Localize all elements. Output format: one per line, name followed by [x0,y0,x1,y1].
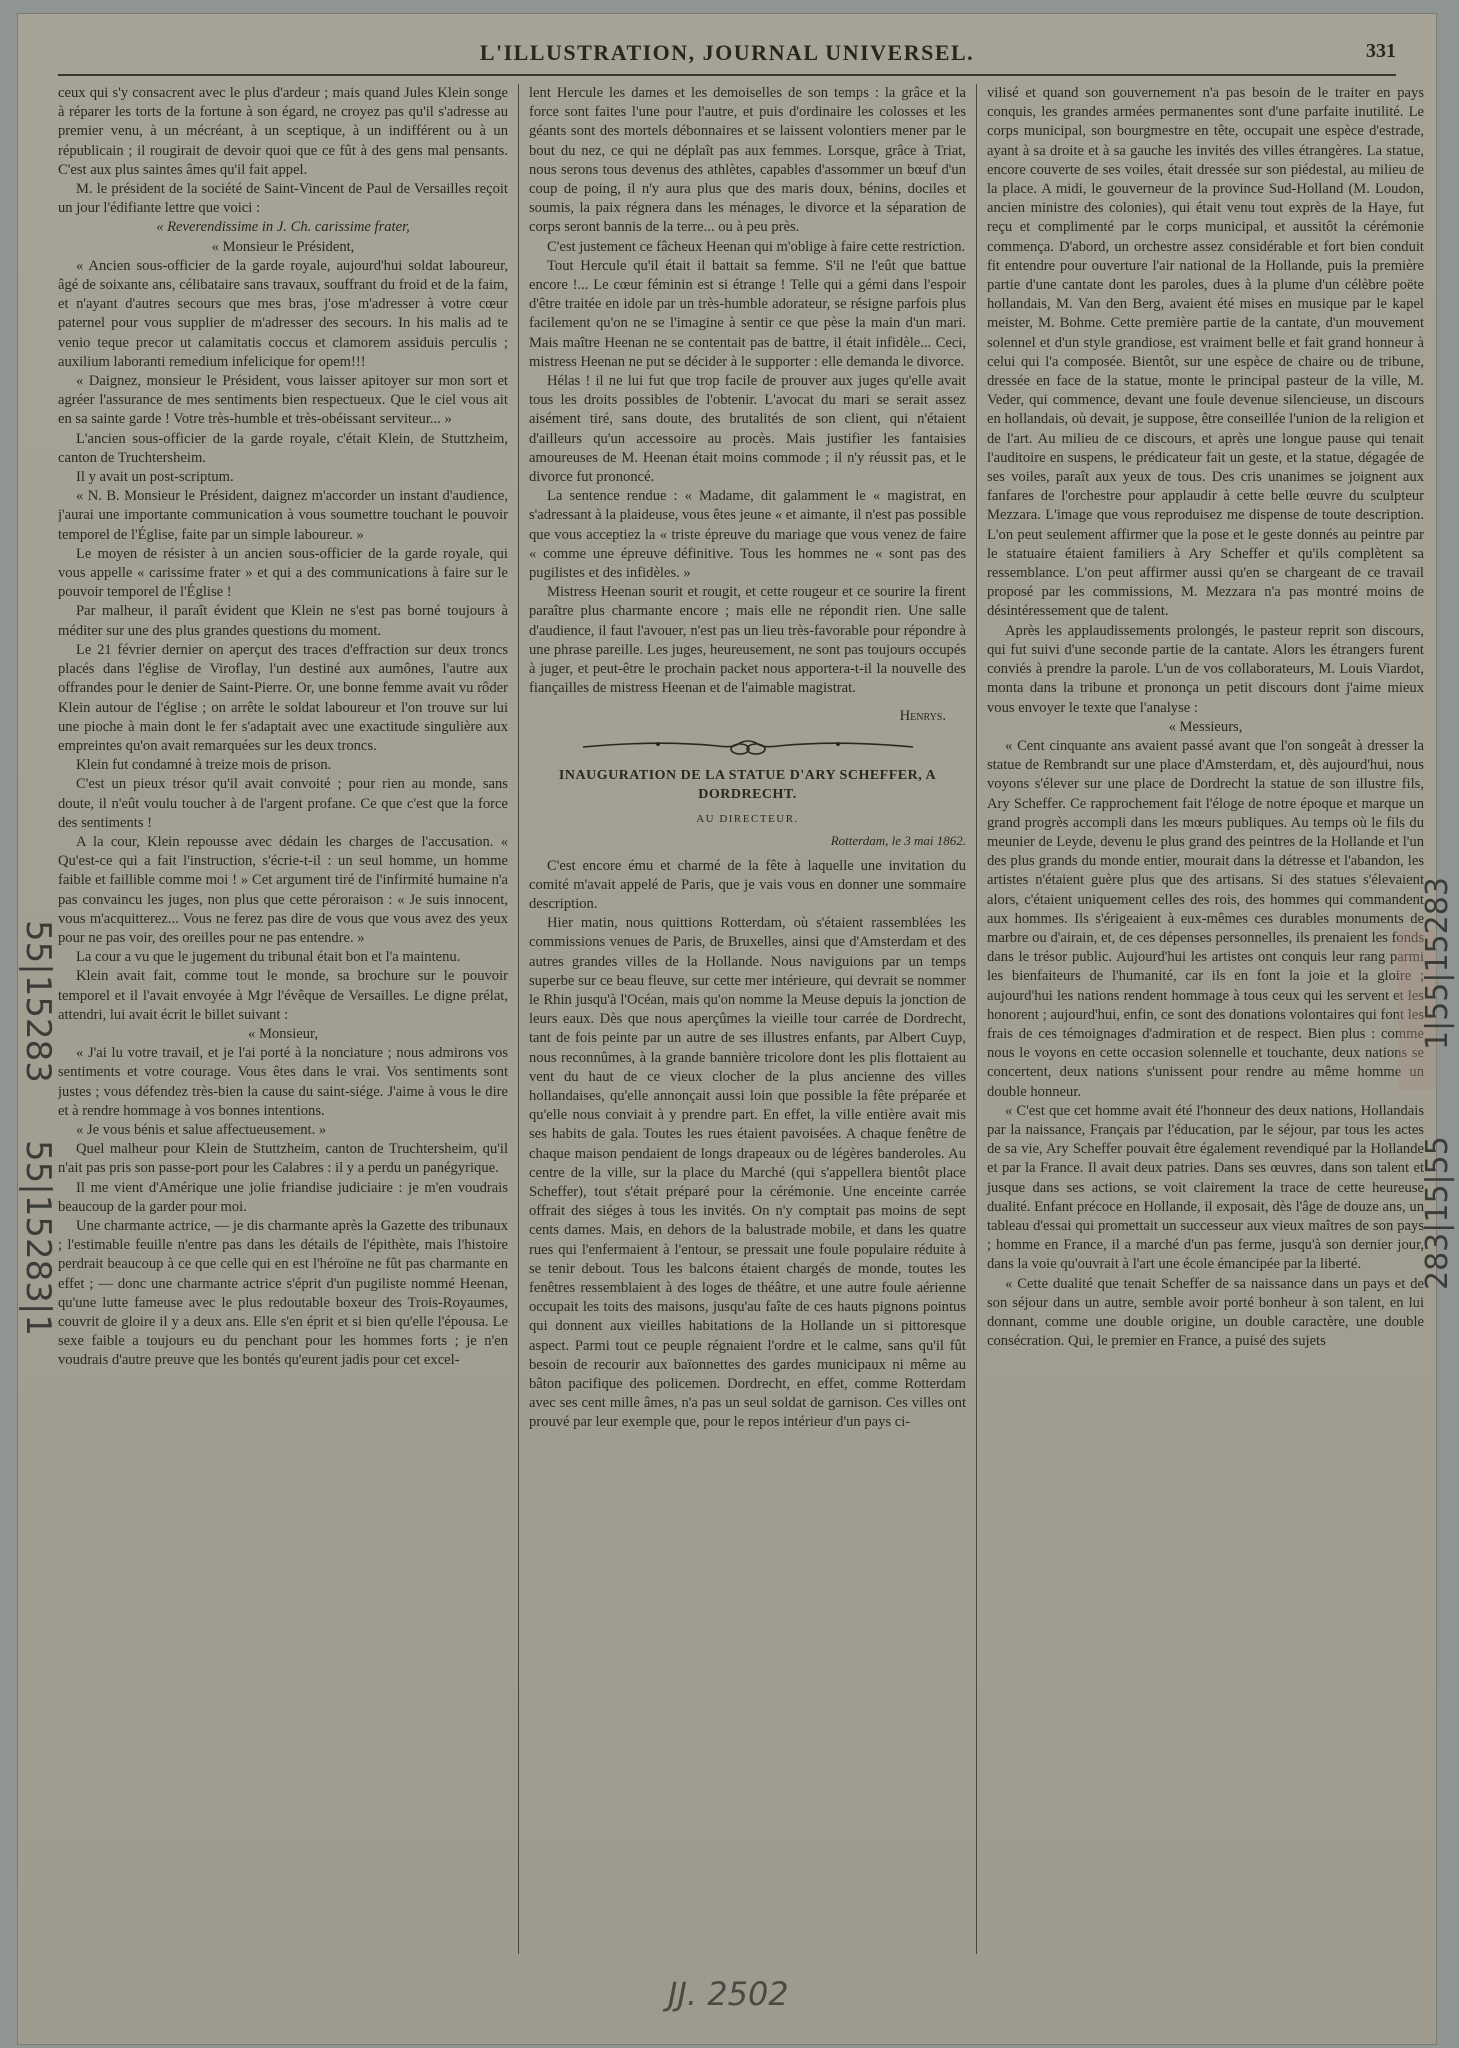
paragraph: L'ancien sous-officier de la garde royal… [58,430,508,468]
paragraph: « N. B. Monsieur le Président, daignez m… [58,487,508,545]
page-header: L'ILLUSTRATION, JOURNAL UNIVERSEL. 331 [58,34,1396,76]
paragraph: « J'ai lu votre travail, et je l'ai port… [58,1044,508,1121]
paragraph: Hier matin, nous quittions Rotterdam, où… [529,914,966,1432]
handwritten-shelfmark: 55|15283 [18,920,58,1083]
handwritten-shelfmark: 1|55|15283 [1420,877,1455,1050]
newspaper-page: L'ILLUSTRATION, JOURNAL UNIVERSEL. 331 c… [18,14,1436,2044]
paragraph: C'est un pieux trésor qu'il avait convoi… [58,775,508,833]
paragraph: La sentence rendue : « Madame, dit galam… [529,487,966,583]
article-salutation: AU DIRECTEUR. [529,810,966,829]
paragraph: lent Hercule les dames et les demoiselle… [529,84,966,238]
paragraph: Klein avait fait, comme tout le monde, s… [58,967,508,1025]
paragraph: « Je vous bénis et salue affectueusement… [58,1121,508,1140]
author-signature: Henrys. [529,707,946,726]
column-1: ceux qui s'y consacrent avec le plus d'a… [58,84,518,1954]
text-columns: ceux qui s'y consacrent avec le plus d'a… [58,84,1424,1954]
article-title: INAUGURATION DE LA STATUE D'ARY SCHEFFER… [529,766,966,804]
column-3: vilisé et quand son gouvernement n'a pas… [976,84,1424,1954]
paragraph: ceux qui s'y consacrent avec le plus d'a… [58,84,508,180]
handwritten-inventory-number: JJ. 2502 [668,1975,789,2013]
paragraph: « Daignez, monsieur le Président, vous l… [58,372,508,430]
paragraph: « Ancien sous-officier de la garde royal… [58,257,508,372]
paragraph: Une charmante actrice, — je dis charmant… [58,1217,508,1371]
paragraph: Par malheur, il paraît évident que Klein… [58,602,508,640]
paragraph: Le 21 février dernier on aperçut des tra… [58,641,508,756]
handwritten-shelfmark: 55|15283|1 [18,1140,58,1336]
paragraph: vilisé et quand son gouvernement n'a pas… [987,84,1424,622]
paragraph: Klein fut condamné à treize mois de pris… [58,756,508,775]
paragraph: Mistress Heenan sourit et rougit, et cet… [529,583,966,698]
paragraph: Il me vient d'Amérique une jolie friandi… [58,1179,508,1217]
paragraph: A la cour, Klein repousse avec dédain le… [58,833,508,948]
paragraph: Hélas ! il ne lui fut que trop facile de… [529,372,966,487]
journal-title: L'ILLUSTRATION, JOURNAL UNIVERSEL. [58,40,1396,66]
paragraph: Quel malheur pour Klein de Stuttzheim, c… [58,1140,508,1178]
paragraph: « Cent cinquante ans avaient passé avant… [987,737,1424,1102]
ornament-divider-icon [578,736,918,758]
letter-address: « Monsieur, [58,1025,508,1044]
page-number: 331 [1366,40,1396,63]
paragraph: « C'est que cet homme avait été l'honneu… [987,1102,1424,1275]
column-2: lent Hercule les dames et les demoiselle… [518,84,976,1954]
letter-address: « Monsieur le Président, [58,238,508,257]
article-dateline: Rotterdam, le 3 mai 1862. [529,831,966,850]
letter-salutation: « Reverendissime in J. Ch. carissime fra… [58,218,508,237]
paragraph: « Cette dualité que tenait Scheffer de s… [987,1275,1424,1352]
speech-salutation: « Messieurs, [987,718,1424,737]
paragraph: C'est encore ému et charmé de la fête à … [529,857,966,915]
paragraph: Le moyen de résister à un ancien sous-of… [58,545,508,603]
paragraph: M. le président de la société de Saint-V… [58,180,508,218]
paragraph: La cour a vu que le jugement du tribunal… [58,948,508,967]
paragraph: Tout Hercule qu'il était il battait sa f… [529,257,966,372]
paragraph: Après les applaudissements prolongés, le… [987,622,1424,718]
handwritten-shelfmark: 283|15|55 [1420,1136,1455,1290]
paragraph: C'est justement ce fâcheux Heenan qui m'… [529,238,966,257]
paragraph: Il y avait un post-scriptum. [58,468,508,487]
